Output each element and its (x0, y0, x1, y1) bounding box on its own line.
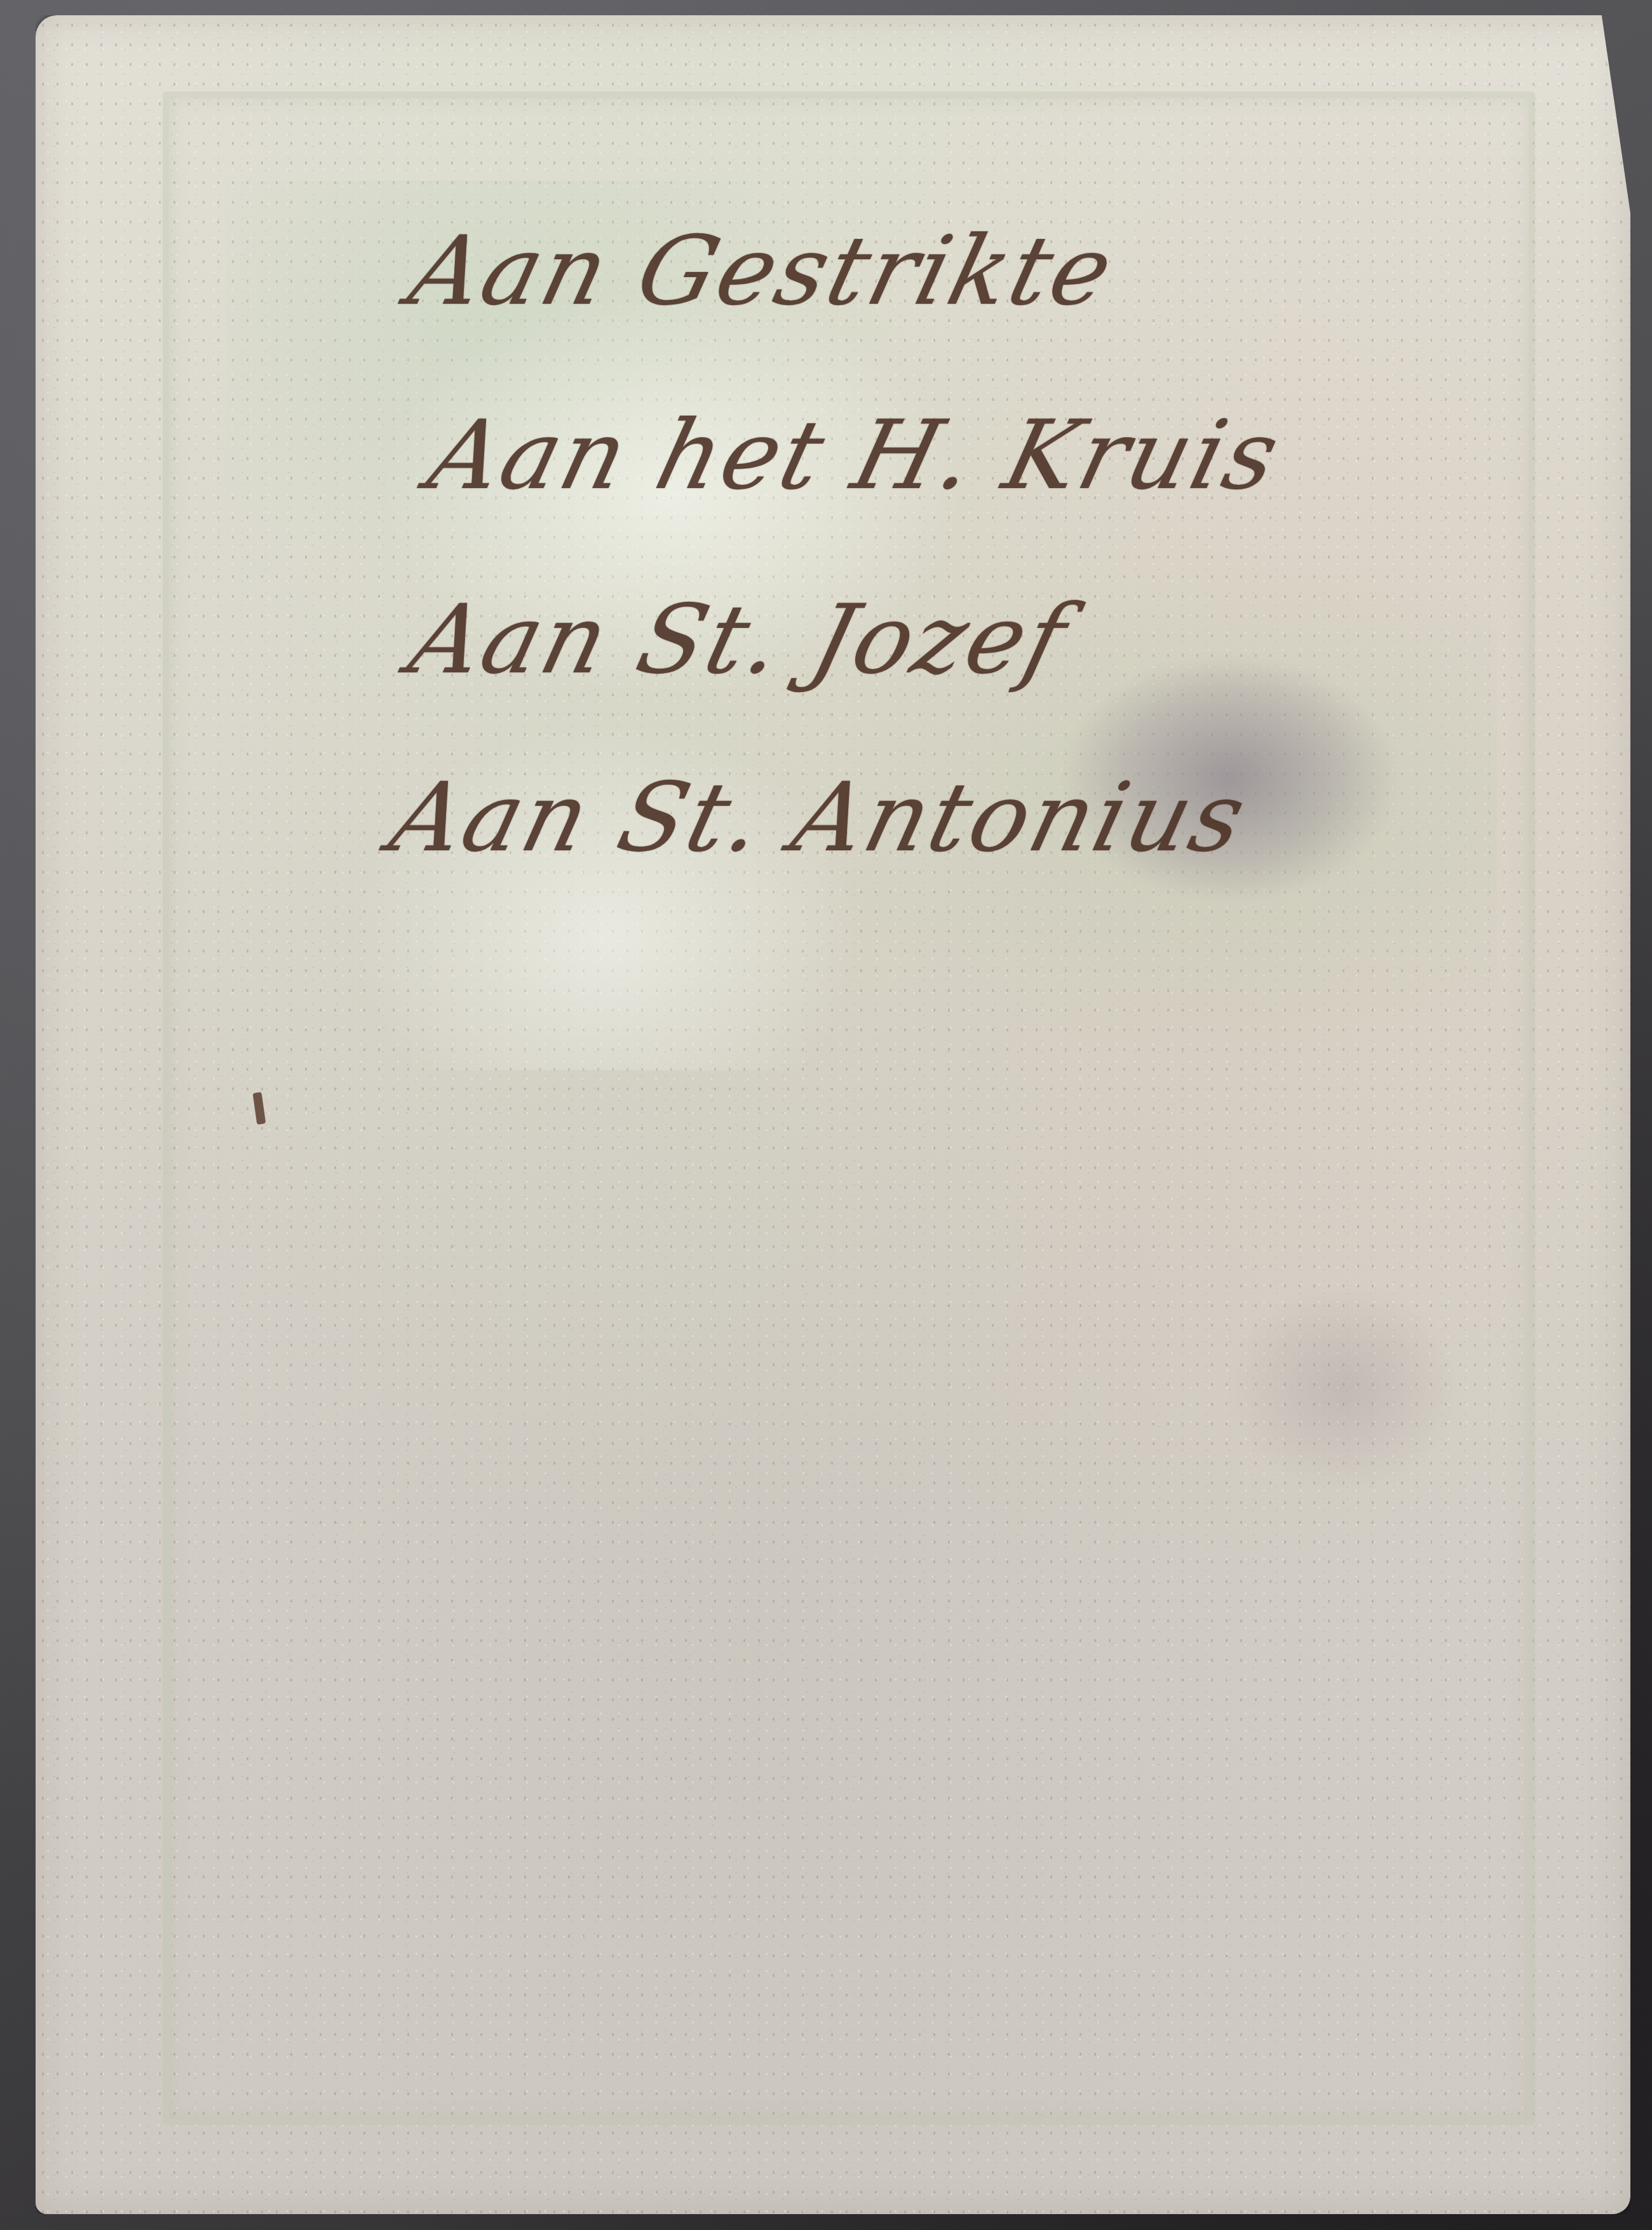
inscription-line-2: Aan het H. Kruis (418, 400, 1291, 511)
inscription-line-1: Aan Gestrikte (399, 216, 1125, 327)
embossed-frame (163, 92, 1535, 2125)
inscription-line-4: Aan St. Antonius (380, 763, 1258, 873)
inscription-line-3: Aan St. Jozef (399, 585, 1079, 695)
faint-stain (1230, 1286, 1459, 1490)
paper-card (36, 15, 1630, 2214)
